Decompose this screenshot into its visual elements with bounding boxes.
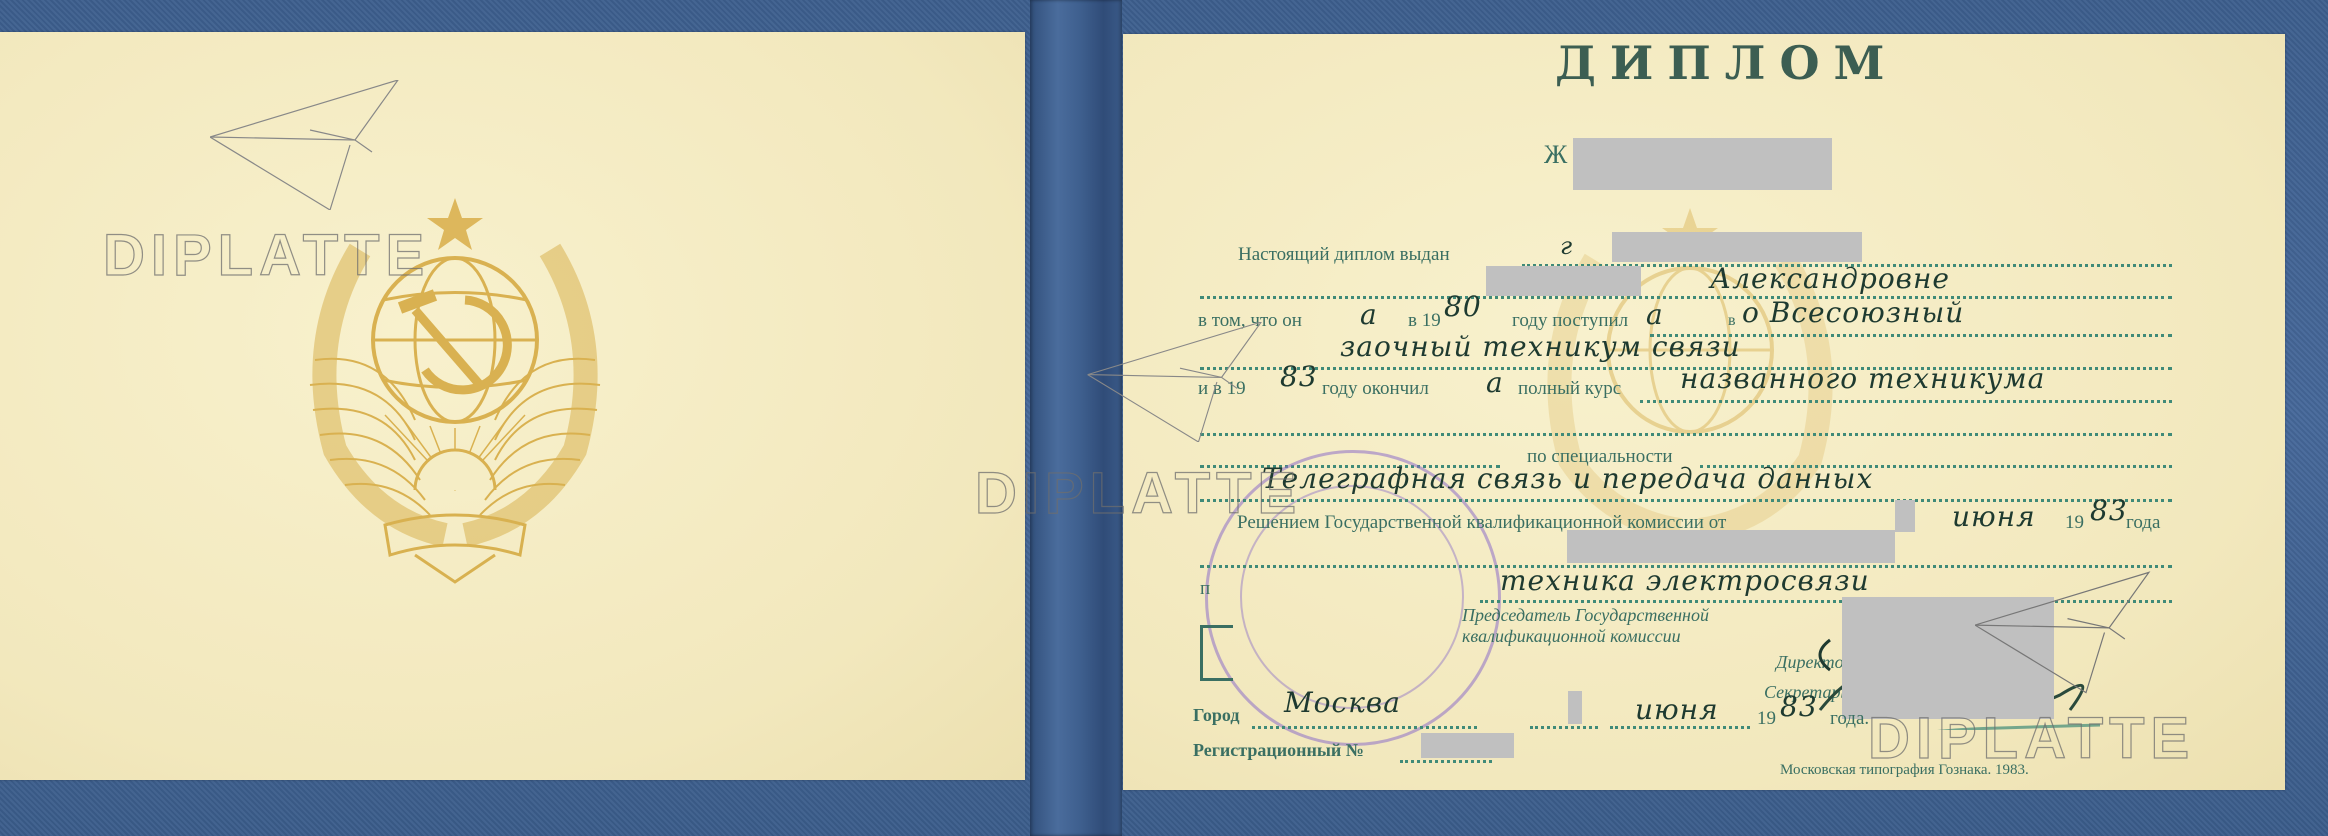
redacted-series-number [1573,138,1832,190]
enrolled-label-3: году поступил [1512,310,1628,332]
enrolled-label-4: в [1728,312,1736,330]
issued-to-label: Настоящий диплом выдан [1238,244,1450,266]
commission-year-label: 19 [2065,512,2084,534]
paper-plane-watermark-right-icon [1975,570,2160,695]
registration-label: Регистрационный № [1193,740,1364,761]
watermark-text: DIPLATTE [103,222,430,289]
redacted-surname [1612,232,1862,262]
date-year-label: 19 [1757,708,1776,730]
redacted-registration-number [1421,733,1514,758]
redacted-commission-text [1567,530,1895,563]
date-day-dotted-line [1530,726,1598,729]
commission-month-handwriting: июня [1952,500,2036,533]
issued-to-handwriting: г [1560,232,1573,260]
chairman-label-1: Председатель Государственной [1462,605,1709,626]
name-dotted-line [1200,296,2172,299]
watermark-text-bottom: DIPLATTE [1868,705,2195,772]
blank-dotted-line [1200,433,2172,436]
city-handwriting: Москва [1284,686,1401,719]
specialty-handwriting: Телеграфная связь и передача данных [1262,462,1873,495]
date-month-handwriting: июня [1635,693,1719,726]
redacted-commission-day [1895,500,1915,532]
date-month-dotted-line [1610,726,1750,729]
gender-handwriting-3: а [1486,366,1504,399]
finished-label-2: году окончил [1322,378,1429,400]
enrolled-label-2: в 19 [1408,310,1441,332]
series-prefix: Ж [1544,140,1567,170]
city-dotted-line [1252,726,1477,729]
document-title: ДИПЛОМ [1555,36,1898,90]
finished-dotted-line [1640,400,2172,403]
patronymic-handwriting: Александровне [1710,262,1950,295]
date-year-handwriting: 83 [1780,690,1818,723]
paper-plane-watermark-center-icon [1085,322,1275,442]
city-label: Город [1193,705,1239,726]
chairman-label-2: квалификационной комиссии [1462,626,1681,647]
watermark-text-center: DIPLATTE [975,460,1302,527]
paper-plane-watermark-icon [210,80,410,210]
year-finished-handwriting: 83 [1280,360,1318,393]
school-handwriting-1: о Всесоюзный [1742,296,1964,329]
qualification-label-start: п [1200,578,1210,600]
year-enrolled-handwriting: 80 [1444,290,1482,323]
photo-frame-corner [1200,625,1233,681]
course-handwriting: названного техникума [1680,362,2045,395]
school-handwriting-2: заочный техникум связи [1340,330,1741,363]
redacted-first-name [1486,266,1641,296]
qualification-handwriting: техника электросвязи [1500,564,1870,597]
commission-year-suffix: года [2126,512,2160,534]
redacted-date-day [1568,691,1582,724]
commission-year-handwriting: 83 [2090,494,2128,527]
gender-handwriting-2: а [1646,298,1664,331]
date-suffix-label: года. [1830,708,1869,730]
finished-label-3: полный курс [1518,378,1621,400]
gender-handwriting-1: а [1360,298,1378,331]
registration-dotted-line [1400,760,1492,763]
